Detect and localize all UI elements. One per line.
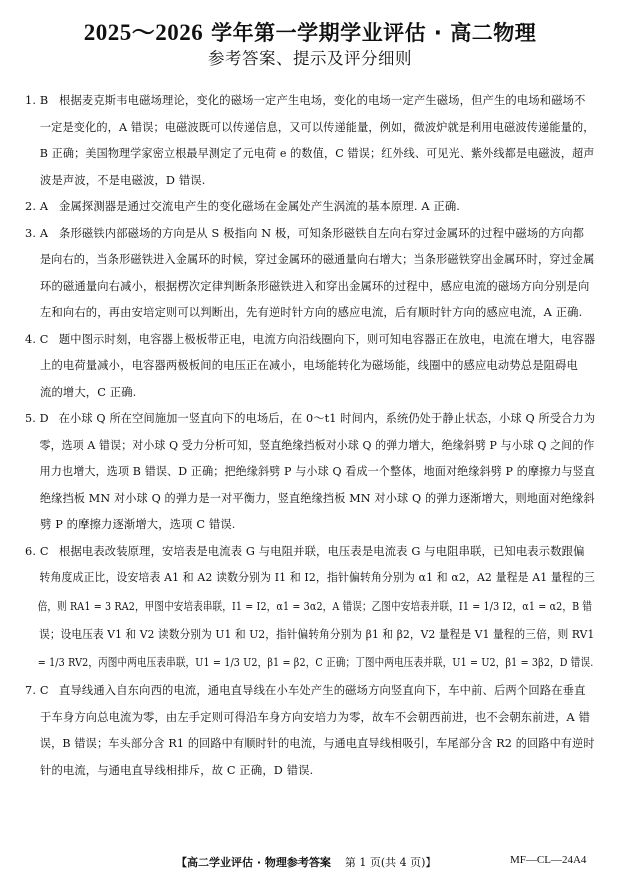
- answer-text: 针的电流，与通电直导线相排斥，故 C 正确，D 错误.: [25, 758, 595, 785]
- answer-text: 误；设电压表 V1 和 V2 读数分别为 U1 和 U2，指针偏转角分别为 β1…: [25, 622, 561, 649]
- answer-text: 倍，则 RA1 = 3 RA2，甲图中安培表串联，I1 = I2，α1 = 3α…: [25, 592, 508, 622]
- answer-text: 根据电表改装原理，安培表是电流表 G 与电阻并联，电压表是电流表 G 与电阻串联…: [59, 545, 585, 558]
- answer-text: 于车身方向总电流为零，由左手定则可得沿车身方向安培力为零，故车不会朝西前进，也不…: [25, 705, 595, 732]
- answer-item-3: 3. A条形磁铁内部磁场的方向是从 S 极指向 N 极，可知条形磁铁自左向右穿过…: [25, 221, 595, 327]
- answer-text: 绝缘挡板 MN 对小球 Q 的弹力是一对平衡力，竖直绝缘挡板 MN 对小球 Q …: [25, 486, 588, 513]
- answer-text: 一定是变化的，A 错误；电磁波既可以传递信息，又可以传递能量，例如，微波炉就是利…: [25, 115, 588, 142]
- answer-item-1: 1. B根据麦克斯韦电磁场理论，变化的磁场一定产生电场，变化的电场一定产生磁场，…: [25, 88, 595, 194]
- answer-text: 零，选项 A 错误；对小球 Q 受力分析可知，竖直绝缘挡板对小球 Q 的弹力增大…: [25, 433, 576, 460]
- answer-text: 左和向右的，再由安培定则可以判断出，先有逆时针方向的感应电流，后有顺时针方向的感…: [25, 300, 595, 327]
- answer-text: 用力也增大，选项 B 错误、D 正确；把绝缘斜劈 P 与小球 Q 看成一个整体，…: [25, 459, 582, 486]
- page-title: 2025～2026 学年第一学期学业评估 · 高二物理: [0, 14, 620, 47]
- answer-item-5: 5. D在小球 Q 所在空间施加一竖直向下的电场后，在 0～t1 时间内，系统仍…: [25, 406, 595, 539]
- title-text: 学年第一学期学业评估 · 高二物理: [211, 21, 536, 45]
- page-footer: 【高二学业评估 · 物理参考答案 第 1 页(共 4 页)】 MF—CL—24A…: [176, 854, 606, 870]
- answer-text: B 正确；美国物理学家密立根最早测定了元电荷 e 的数值，C 错误；红外线、可见…: [25, 141, 584, 168]
- answer-text: 题中图示时刻，电容器上极板带正电，电流方向沿线圈向下，则可知电容器正在放电，电流…: [59, 333, 595, 346]
- answer-text: 金属探测器是通过交流电产生的变化磁场在金属处产生涡流的基本原理. A 正确.: [59, 200, 460, 213]
- answer-text: 上的电荷量减小，电容器两极板间的电压正在减小，电场能转化为磁场能，线圈中的感应电…: [25, 353, 595, 380]
- answer-number: 4. C: [25, 327, 59, 354]
- answer-item-2: 2. A金属探测器是通过交流电产生的变化磁场在金属处产生涡流的基本原理. A 正…: [25, 194, 595, 221]
- title-year: 2025～2026: [84, 20, 204, 45]
- answer-text: 转角度成正比，设安培表 A1 和 A2 读数分别为 I1 和 I2，指针偏转角分…: [25, 565, 573, 592]
- answer-text: 波是声波，不是电磁波，D 错误.: [25, 168, 595, 195]
- answer-text: 流的增大，C 正确.: [25, 380, 595, 407]
- footer-doc-code: MF—CL—24A4: [510, 854, 586, 866]
- answer-text: 在小球 Q 所在空间施加一竖直向下的电场后，在 0～t1 时间内，系统仍处于静止…: [59, 412, 596, 425]
- answer-number: 2. A: [25, 194, 59, 221]
- answer-number: 7. C: [25, 678, 59, 705]
- answer-number: 5. D: [25, 406, 59, 433]
- answer-number: 3. A: [25, 221, 59, 248]
- answer-number: 1. B: [25, 88, 59, 115]
- answer-text: = 1/3 RV2，丙图中两电压表串联，U1 = 1/3 U2，β1 = β2，…: [25, 648, 509, 678]
- answer-item-6: 6. C根据电表改装原理，安培表是电流表 G 与电阻并联，电压表是电流表 G 与…: [25, 539, 595, 679]
- answer-list: 1. B根据麦克斯韦电磁场理论，变化的磁场一定产生电场，变化的电场一定产生磁场，…: [25, 88, 595, 784]
- answer-item-4: 4. C题中图示时刻，电容器上极板带正电，电流方向沿线圈向下，则可知电容器正在放…: [25, 327, 595, 407]
- footer-title: 【高二学业评估 · 物理参考答案: [176, 856, 331, 869]
- page-subtitle: 参考答案、提示及评分细则: [0, 45, 620, 69]
- answer-text: 劈 P 的摩擦力逐渐增大，选项 C 错误.: [25, 512, 595, 539]
- footer-page-info: 第 1 页(共 4 页)】: [345, 856, 437, 869]
- answer-text: 是向右的，当条形磁铁进入金属环的时候，穿过金属环的磁通量向右增大；当条形磁铁穿出…: [25, 247, 589, 274]
- answer-text: 根据麦克斯韦电磁场理论，变化的磁场一定产生电场，变化的电场一定产生磁场，但产生的…: [59, 94, 586, 107]
- answer-text: 误，B 错误；车头部分含 R1 的回路中有顺时针的电流，与通电直导线相吸引，车尾…: [25, 731, 587, 758]
- answer-number: 6. C: [25, 539, 59, 566]
- answer-item-7: 7. C直导线通入自东向西的电流，通电直导线在小车处产生的磁场方向竖直向下，车中…: [25, 678, 595, 784]
- answer-text: 直导线通入自东向西的电流，通电直导线在小车处产生的磁场方向竖直向下，车中前、后两…: [59, 684, 586, 697]
- answer-text: 条形磁铁内部磁场的方向是从 S 极指向 N 极，可知条形磁铁自左向右穿过金属环的…: [59, 227, 584, 240]
- answer-text: 环的磁通量向右减小，根据楞次定律判断条形磁铁进入和穿出金属环的过程中，感应电流的…: [25, 274, 595, 301]
